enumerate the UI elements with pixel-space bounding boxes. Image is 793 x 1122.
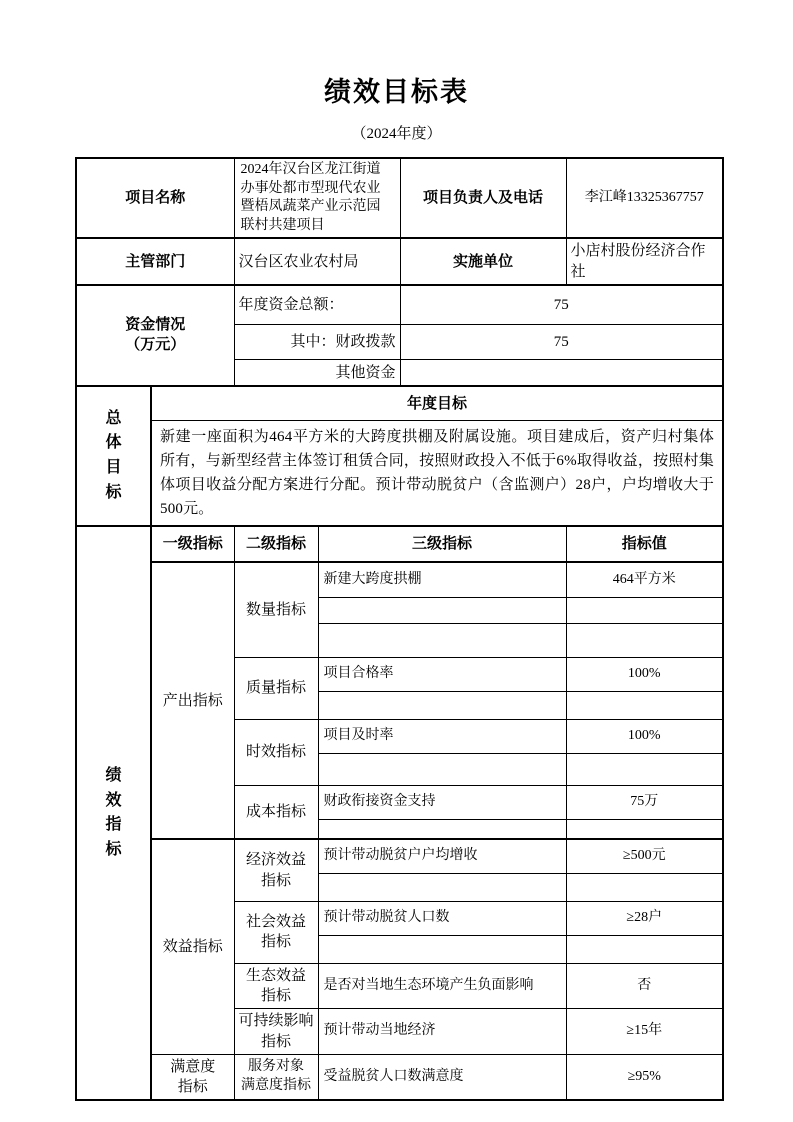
indicator-l3-cell	[318, 819, 566, 839]
level1-benefit: 效益指标	[151, 839, 234, 1054]
indicator-l3-cell	[318, 623, 566, 657]
row-annual-goal-header: 总 体 目 标 年度目标	[76, 386, 723, 421]
unit-label: 实施单位	[400, 238, 566, 285]
header-level3: 三级指标	[318, 526, 566, 562]
indicator-value-cell: ≥95%	[566, 1054, 723, 1100]
indicator-value-cell: 100%	[566, 657, 723, 691]
project-name-value: 2024年汉台区龙江街道办事处都市型现代农业暨梧凤蔬菜产业示范园联村共建项目	[234, 158, 400, 238]
indicator-l3-cell	[318, 935, 566, 963]
indicator-l3-cell: 预计带动当地经济	[318, 1009, 566, 1055]
level2-sustainability: 可持续影响 指标	[234, 1009, 318, 1055]
indicator-l3-cell	[318, 597, 566, 623]
row-department: 主管部门 汉台区农业农村局 实施单位 小店村股份经济合作社	[76, 238, 723, 285]
indicator-value-cell	[566, 597, 723, 623]
project-name-label: 项目名称	[76, 158, 234, 238]
page-title: 绩效目标表	[0, 0, 793, 109]
manager-label: 项目负责人及电话	[400, 158, 566, 238]
header-level1: 一级指标	[151, 526, 234, 562]
indicator-l3-cell	[318, 873, 566, 901]
overall-goal-label: 总 体 目 标	[76, 386, 151, 527]
indicator-l3-cell: 项目合格率	[318, 657, 566, 691]
funding-other-value	[400, 360, 723, 386]
indicator-l3-cell	[318, 753, 566, 785]
header-level2: 二级指标	[234, 526, 318, 562]
level2-service-satisfaction: 服务对象 满意度指标	[234, 1054, 318, 1100]
funding-fiscal-value: 75	[400, 325, 723, 360]
performance-target-table: 项目名称 2024年汉台区龙江街道办事处都市型现代农业暨梧凤蔬菜产业示范园联村共…	[75, 157, 724, 1101]
row-annual-goal-text: 新建一座面积为464平方米的大跨度拱棚及附属设施。项目建成后，资产归村集体所有，…	[76, 421, 723, 527]
indicator-value-cell: 否	[566, 963, 723, 1009]
row-funding-total: 资金情况 （万元） 年度资金总额： 75	[76, 285, 723, 325]
level2-timeliness: 时效指标	[234, 719, 318, 785]
indicator-value-cell: 75万	[566, 785, 723, 819]
page-subtitle: （2024年度）	[0, 122, 793, 143]
indicator-value-cell	[566, 873, 723, 901]
unit-value: 小店村股份经济合作社	[566, 238, 723, 285]
indicator-l3-cell: 受益脱贫人口数满意度	[318, 1054, 566, 1100]
level2-quality: 质量指标	[234, 657, 318, 719]
funding-total-value: 75	[400, 285, 723, 325]
funding-fiscal-label: 其中：财政拨款	[234, 325, 400, 360]
level2-ecological: 生态效益 指标	[234, 963, 318, 1009]
row-indicator-headers: 绩 效 指 标 一级指标 二级指标 三级指标 指标值	[76, 526, 723, 562]
indicator-row: 效益指标 经济效益 指标 预计带动脱贫户户均增收 ≥500元	[76, 839, 723, 873]
funding-total-label: 年度资金总额：	[234, 285, 400, 325]
indicator-l3-cell: 新建大跨度拱棚	[318, 562, 566, 597]
indicator-value-cell	[566, 753, 723, 785]
indicator-row: 产出指标 数量指标 新建大跨度拱棚 464平方米	[76, 562, 723, 597]
indicator-l3-cell: 预计带动脱贫人口数	[318, 901, 566, 935]
indicator-value-cell	[566, 935, 723, 963]
annual-goal-header: 年度目标	[151, 386, 723, 421]
annual-goal-text: 新建一座面积为464平方米的大跨度拱棚及附属设施。项目建成后，资产归村集体所有，…	[151, 421, 723, 527]
indicator-l3-cell: 是否对当地生态环境产生负面影响	[318, 963, 566, 1009]
department-value: 汉台区农业农村局	[234, 238, 400, 285]
indicators-label: 绩 效 指 标	[76, 526, 151, 1100]
indicator-l3-cell	[318, 691, 566, 719]
indicator-value-cell	[566, 623, 723, 657]
level1-output: 产出指标	[151, 562, 234, 839]
indicator-value-cell: 100%	[566, 719, 723, 753]
funding-other-label: 其他资金	[234, 360, 400, 386]
level2-cost: 成本指标	[234, 785, 318, 839]
indicator-value-cell: 464平方米	[566, 562, 723, 597]
indicator-l3-cell: 项目及时率	[318, 719, 566, 753]
level1-satisfaction: 满意度 指标	[151, 1054, 234, 1100]
indicator-l3-cell: 财政衔接资金支持	[318, 785, 566, 819]
row-project-name: 项目名称 2024年汉台区龙江街道办事处都市型现代农业暨梧凤蔬菜产业示范园联村共…	[76, 158, 723, 238]
indicator-value-cell: ≥28户	[566, 901, 723, 935]
indicator-row: 满意度 指标 服务对象 满意度指标 受益脱贫人口数满意度 ≥95%	[76, 1054, 723, 1100]
manager-value: 李江峰13325367757	[566, 158, 723, 238]
indicator-value-cell: ≥500元	[566, 839, 723, 873]
indicator-value-cell	[566, 691, 723, 719]
indicator-l3-cell: 预计带动脱贫户户均增收	[318, 839, 566, 873]
level2-quantity: 数量指标	[234, 562, 318, 657]
department-label: 主管部门	[76, 238, 234, 285]
level2-social: 社会效益 指标	[234, 901, 318, 963]
funding-label: 资金情况 （万元）	[76, 285, 234, 386]
indicator-value-cell: ≥15年	[566, 1009, 723, 1055]
header-value: 指标值	[566, 526, 723, 562]
level2-economic: 经济效益 指标	[234, 839, 318, 901]
indicator-value-cell	[566, 819, 723, 839]
